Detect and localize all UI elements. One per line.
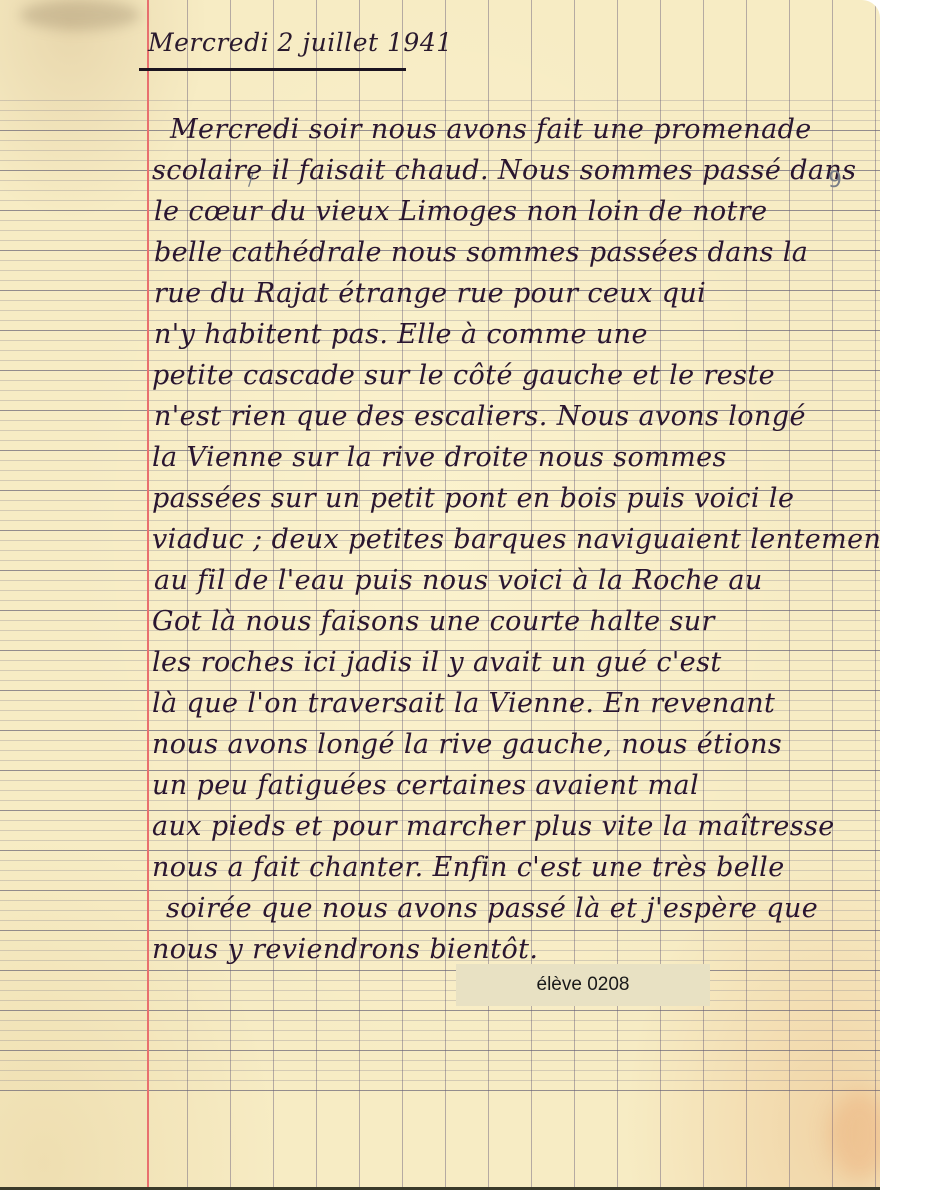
text-line: les roches ici jadis il y avait un gué c… bbox=[152, 643, 722, 683]
text-line: nous avons longé la rive gauche, nous ét… bbox=[152, 725, 782, 765]
pencil-mark: / bbox=[248, 170, 253, 189]
notebook-page: Mercredi 2 juillet 1941 Mercredi soir no… bbox=[0, 0, 880, 1190]
text-line: là que l'on traversait la Vienne. En rev… bbox=[152, 684, 775, 724]
text-line: petite cascade sur le côté gauche et le … bbox=[152, 356, 775, 396]
text-line: nous a fait chanter. Enfin c'est une trè… bbox=[152, 848, 785, 888]
text-line: viaduc ; deux petites barques naviguaien… bbox=[152, 520, 880, 560]
text-line: un peu fatiguées certaines avaient mal bbox=[152, 766, 699, 806]
text-line: n'est rien que des escaliers. Nous avons… bbox=[154, 397, 806, 437]
text-line: Mercredi soir nous avons fait une promen… bbox=[170, 110, 812, 150]
text-line: scolaire il faisait chaud. Nous sommes p… bbox=[152, 151, 856, 191]
text-line: le cœur du vieux Limoges non loin de not… bbox=[154, 192, 767, 232]
heading-underline bbox=[139, 68, 406, 71]
text-line: belle cathédrale nous sommes passées dan… bbox=[154, 233, 808, 273]
text-line: n'y habitent pas. Elle à comme une bbox=[154, 315, 648, 355]
text-line: Got là nous faisons une courte halte sur bbox=[152, 602, 715, 642]
pencil-mark: 9 bbox=[828, 168, 842, 193]
text-line: rue du Rajat étrange rue pour ceux qui bbox=[154, 274, 706, 314]
text-line: au fil de l'eau puis nous voici à la Roc… bbox=[154, 561, 763, 601]
text-line: la Vienne sur la rive droite nous sommes bbox=[152, 438, 727, 478]
student-id-label: élève 0208 bbox=[456, 964, 710, 1006]
red-margin-line bbox=[147, 0, 149, 1187]
text-line: soirée que nous avons passé là et j'espè… bbox=[166, 889, 818, 929]
paper-stain bbox=[20, 0, 140, 30]
page-date-heading: Mercredi 2 juillet 1941 bbox=[148, 28, 408, 57]
text-line: passées sur un petit pont en bois puis v… bbox=[152, 479, 794, 519]
text-line: aux pieds et pour marcher plus vite la m… bbox=[152, 807, 835, 847]
